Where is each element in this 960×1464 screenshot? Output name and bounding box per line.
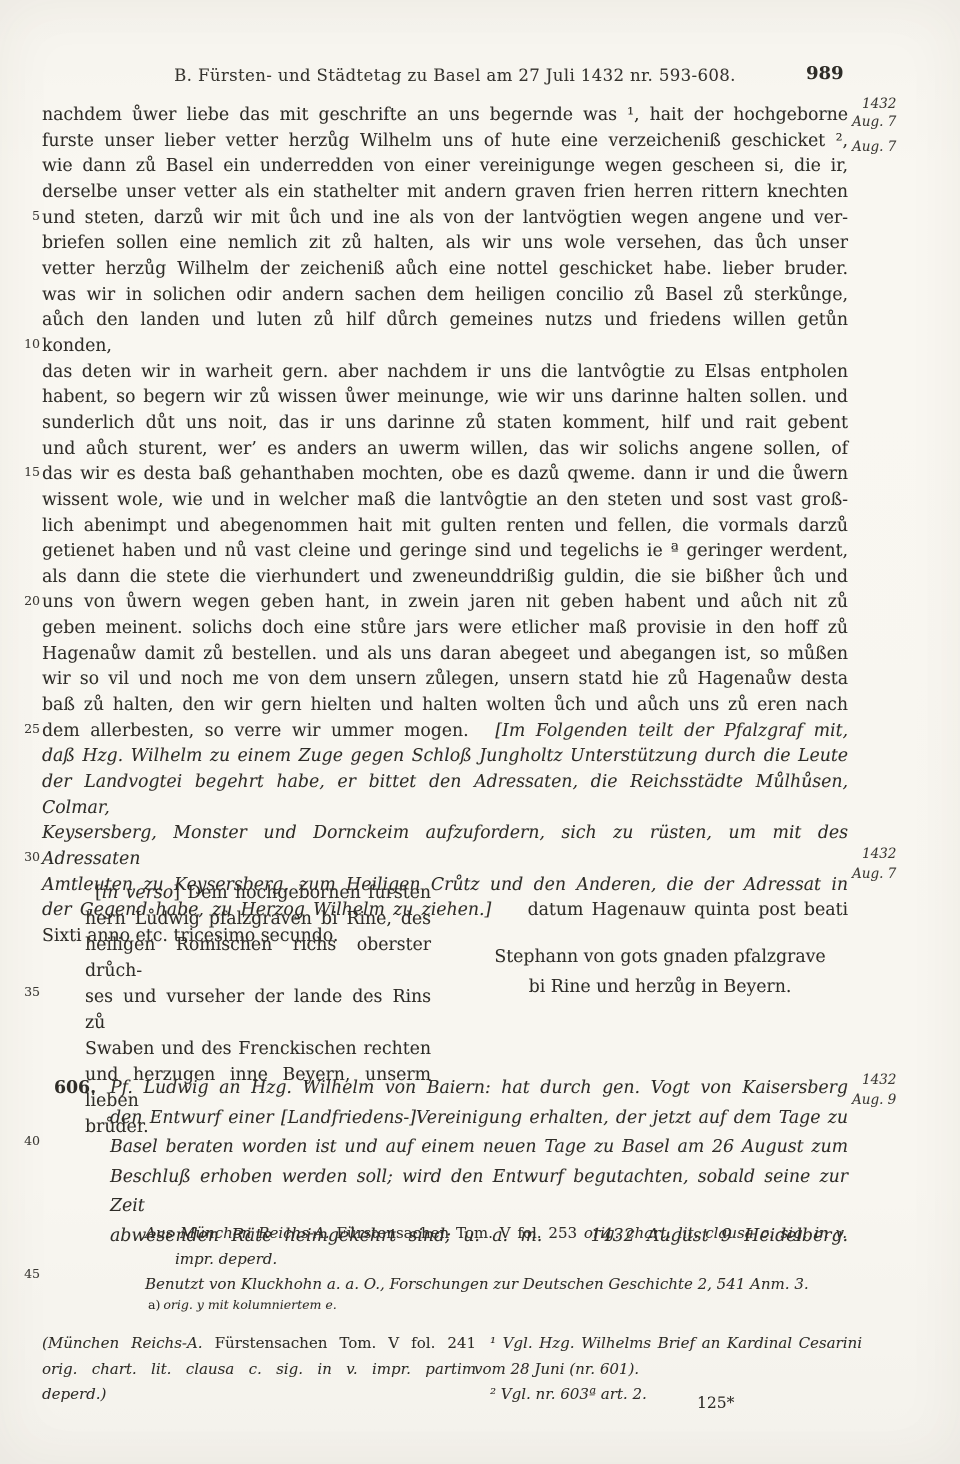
text-line: getienet haben und nů vast cleine und ge…	[42, 539, 848, 565]
signature-block: Stephann von gots gnaden pfalzgrave bi R…	[474, 942, 846, 1002]
line-number: 20	[14, 593, 40, 608]
note-text: orig. y mit kolumniertem e.	[163, 1297, 336, 1312]
page-heading: B. Fürsten- und Städtetag zu Basel am 27…	[174, 66, 736, 85]
text-segment: Dem hochgebornen fursten	[180, 883, 431, 903]
text-segment-italic: [Im Folgenden teilt der Pfalzgraf mit,	[495, 721, 848, 741]
text-line: habent, so begern wir zů wissen ůwer mei…	[42, 385, 848, 411]
line-number: 35	[14, 984, 40, 999]
text-line: das deten wir in warheit gern. aber nach…	[42, 360, 848, 386]
margin-date-year: 1432	[862, 96, 896, 112]
source-note: Aus München Reichs-A. Fürstensachen Tom.…	[145, 1222, 847, 1299]
text-line: wir so vil und noch me von dem unsern zů…	[42, 667, 848, 693]
footnote-column-left: (München Reichs-A. Fürstensachen Tom. V …	[42, 1332, 476, 1409]
text-line: uns von ůwern wegen geben hant, in zwein…	[42, 590, 848, 616]
text-line: daß Hzg. Wilhelm zu einem Zuge gegen Sch…	[42, 744, 848, 770]
text-line: derselbe unser vetter als ein stathelter…	[42, 180, 848, 206]
line-number: 10	[14, 336, 40, 351]
line-number: 30	[14, 849, 40, 864]
main-text-block: nachdem ůwer liebe das mit geschrifte an…	[42, 103, 848, 950]
footnote-line: ¹ Vgl. Hzg. Wilhelms Brief an Kardinal C…	[474, 1332, 862, 1358]
signature-line: Stephann von gots gnaden pfalzgrave	[474, 942, 846, 972]
text-line: dem allerbesten, so verre wir ummer moge…	[42, 719, 848, 745]
text-segment: datum Hagenauw quinta post beati	[528, 900, 848, 920]
text-line: was wir in solichen odir andern sachen d…	[42, 283, 848, 309]
signature-line: bi Rine und herzůg in Beyern.	[474, 972, 846, 1002]
margin-date-year: 1432	[862, 1072, 896, 1088]
apparatus-note: a)orig. y mit kolumniertem e.	[148, 1297, 337, 1312]
text-segment: dem allerbesten, so verre wir ummer moge…	[42, 721, 469, 741]
archive-reference: Fürstensachen Tom. V fol. 253	[336, 1224, 577, 1242]
text-line: heiligen Romischen richs oberster drůch-	[85, 932, 431, 984]
text-line: baß zů halten, den wir gern hielten und …	[42, 693, 848, 719]
footnote-line: orig. chart. lit. clausa c. sig. in v. i…	[42, 1358, 476, 1384]
text-line: nachdem ůwer liebe das mit geschrifte an…	[42, 103, 848, 129]
text-line: wie dann zů Basel ein underredden von ei…	[42, 154, 848, 180]
text-line: ses und vurseher der lande des Rins zů	[85, 984, 431, 1036]
footnote-line: ² Vgl. nr. 603ª art. 2.	[474, 1383, 862, 1409]
text-line: Beschluß erhoben werden soll; wird den E…	[42, 1163, 848, 1222]
text-line: Pf. Ludwig an Hzg. Wilhelm von Baiern: h…	[42, 1074, 848, 1104]
sheet-signature: 125*	[697, 1394, 734, 1412]
text-segment-italic: (München Reichs-A.	[42, 1334, 203, 1352]
text-line: Benutzt von Kluckhohn a. a. O., Forschun…	[145, 1273, 847, 1299]
archive-reference: Fürstensachen Tom. V fol. 241	[215, 1334, 476, 1352]
margin-date-year: 1432	[862, 846, 896, 862]
text-line: briefen sollen eine nemlich zit zů halte…	[42, 231, 848, 257]
page-number: 989	[806, 63, 844, 84]
text-segment-italic: Aus München Reichs-A.	[145, 1224, 330, 1242]
margin-date: Aug. 7	[852, 114, 896, 130]
scanned-page: B. Fürsten- und Städtetag zu Basel am 27…	[0, 0, 960, 1464]
in-verso-label: in verso	[102, 883, 173, 903]
text-line: den Entwurf einer [Landfriedens-]Vereini…	[42, 1104, 848, 1134]
text-line: Keysersberg, Monster und Dornckeim aufzu…	[42, 821, 848, 872]
footnote-line: (München Reichs-A. Fürstensachen Tom. V …	[42, 1332, 476, 1358]
margin-date: Aug. 9	[852, 1092, 896, 1108]
footnote-line: vom 28 Juni (nr. 601).	[474, 1358, 862, 1384]
text-line: aůch den landen und luten zů hilf důrch …	[42, 308, 848, 359]
text-line: das wir es desta baß gehanthaben mochten…	[42, 462, 848, 488]
footnote-column-right: ¹ Vgl. Hzg. Wilhelms Brief an Kardinal C…	[474, 1332, 862, 1409]
text-line: lich abenimpt und abegenommen hait mit g…	[42, 514, 848, 540]
line-number: 15	[14, 464, 40, 479]
text-line: und steten, darzů wir mit ůch und ine al…	[42, 206, 848, 232]
text-line: [in verso] Dem hochgebornen fursten	[85, 880, 431, 906]
note-label: a)	[148, 1297, 160, 1312]
text-line: impr. deperd.	[145, 1248, 847, 1274]
line-number: 45	[14, 1266, 40, 1281]
line-number: 25	[14, 721, 40, 736]
text-line: Basel beraten worden ist und auf einem n…	[42, 1133, 848, 1163]
line-number: 40	[14, 1133, 40, 1148]
margin-date: Aug. 7	[852, 139, 896, 155]
text-line: Hagenaůw damit zů bestellen. und als uns…	[42, 642, 848, 668]
document-number: 606.	[54, 1074, 96, 1104]
text-line: und aůch sturent, wer’ es anders an uwer…	[42, 437, 848, 463]
text-line: als dann die stete die vierhundert und z…	[42, 565, 848, 591]
footnote-line: deperd.)	[42, 1383, 476, 1409]
text-line: Swaben und des Frenckischen rechten	[85, 1036, 431, 1062]
text-line: wissent wole, wie und in welcher maß die…	[42, 488, 848, 514]
bracket: ]	[173, 883, 180, 903]
text-line: furste unser lieber vetter herzůg Wilhel…	[42, 129, 848, 155]
text-line: geben meinent. solichs doch eine stůre j…	[42, 616, 848, 642]
bracket: [	[95, 883, 102, 903]
running-head: B. Fürsten- und Städtetag zu Basel am 27…	[60, 66, 850, 85]
text-line: vetter herzůg Wilhelm der zeicheniß aůch…	[42, 257, 848, 283]
text-line: sunderlich důt uns noit, das ir uns dari…	[42, 411, 848, 437]
line-number: 5	[14, 208, 40, 223]
text-line: der Landvogtei begehrt habe, er bittet d…	[42, 770, 848, 821]
text-line: Aus München Reichs-A. Fürstensachen Tom.…	[145, 1222, 847, 1248]
text-segment-italic: orig. chart. lit. clausa c. sig. in v.	[584, 1224, 847, 1242]
margin-date: Aug. 7	[852, 866, 896, 882]
text-line: hern Lůdwig pfalzgraven bi Rine, des	[85, 906, 431, 932]
